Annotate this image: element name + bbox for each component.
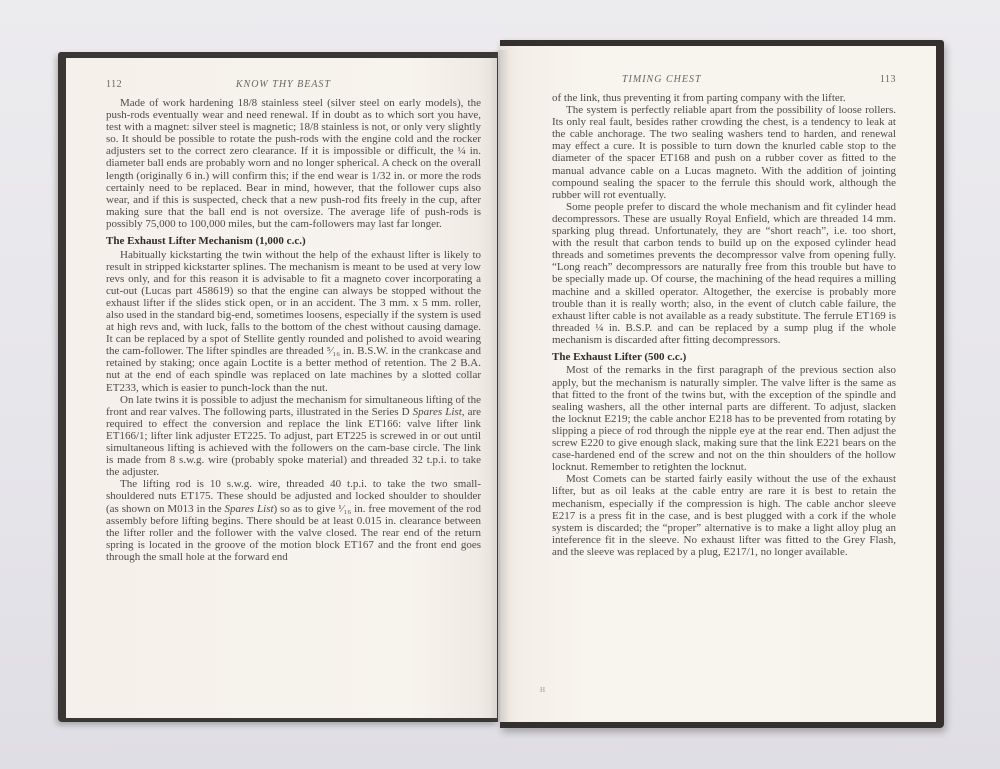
section-heading-exhaust-lifter-500: The Exhaust Lifter (500 c.c.) — [552, 351, 896, 364]
paragraph-late-twins: On late twins it is possible to adjust t… — [106, 394, 481, 479]
paragraph-system-reliable: The system is perfectly reliable apart f… — [552, 104, 896, 201]
paragraph-decompressors: Some people prefer to discard the whole … — [552, 201, 896, 346]
left-page-body: Made of work hardening 18/8 stainless st… — [106, 97, 481, 563]
paragraph-previous-section: Most of the remarks in the first paragra… — [552, 364, 896, 473]
right-page-body: of the link, thus preventing it from par… — [552, 92, 896, 558]
right-running-head: TIMING CHEST 113 — [552, 74, 896, 86]
paragraph-lifting-rod: The lifting rod is 10 s.w.g. wire, threa… — [106, 478, 481, 563]
paragraph-continuation: of the link, thus preventing it from par… — [552, 92, 896, 104]
spares-list-title: Spares List — [225, 503, 274, 515]
left-page: 112 KNOW THY BEAST Made of work hardenin… — [66, 58, 497, 718]
right-page-number: 113 — [880, 74, 896, 85]
section-heading-exhaust-lifter-1000: The Exhaust Lifter Mechanism (1,000 c.c.… — [106, 235, 481, 248]
left-page-number: 112 — [106, 79, 122, 90]
paragraph-comets: Most Comets can be started fairly easily… — [552, 473, 896, 558]
paragraph-push-rods: Made of work hardening 18/8 stainless st… — [106, 97, 481, 230]
right-running-title: TIMING CHEST — [622, 74, 702, 85]
left-running-head: 112 KNOW THY BEAST — [106, 79, 481, 91]
right-page: TIMING CHEST 113 of the link, thus preve… — [500, 46, 936, 722]
left-running-title: KNOW THY BEAST — [236, 79, 331, 90]
paragraph-kickstarting: Habitually kickstarting the twin without… — [106, 249, 481, 394]
printer-signature-mark: H — [540, 686, 545, 694]
spares-list-title: Spares List — [413, 406, 462, 418]
